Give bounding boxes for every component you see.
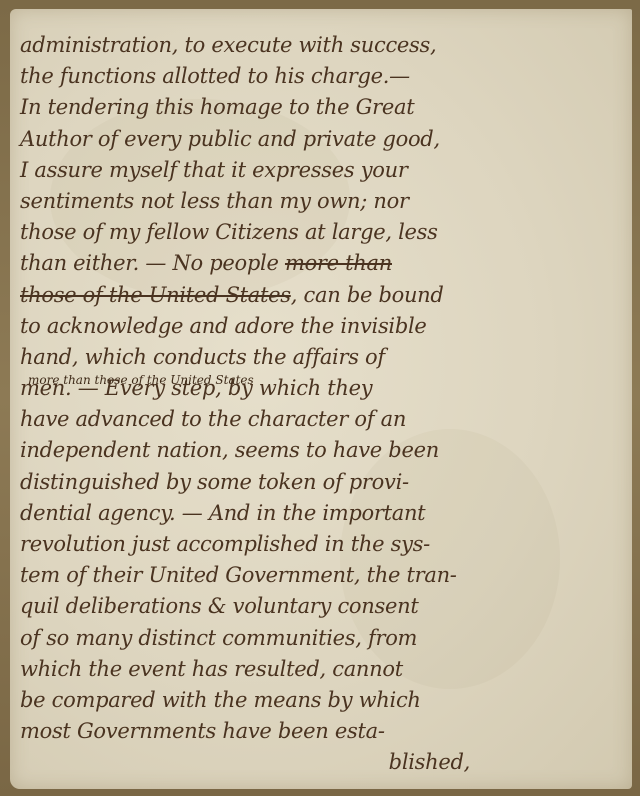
text-line: be compared with the means by which xyxy=(20,685,480,716)
text-line: administration, to execute with success, xyxy=(20,30,480,61)
text-line: dential agency. — And in the important xyxy=(20,498,480,529)
text-line: revolution just accomplished in the sys- xyxy=(20,529,480,560)
struck-text: more than xyxy=(285,251,392,275)
handwritten-text: administration, to execute with success,… xyxy=(20,30,480,779)
text-line: to acknowledge and adore the invisible xyxy=(20,311,480,342)
text-line: I assure myself that it expresses your xyxy=(20,155,480,186)
text-line: independent nation, seems to have been xyxy=(20,435,480,466)
text-line: which the event has resulted, cannot xyxy=(20,654,480,685)
text-line: blished, xyxy=(20,747,480,778)
text-fragment: than either. — No people xyxy=(20,251,279,275)
text-line: distinguished by some token of provi- xyxy=(20,467,480,498)
text-line: In tendering this homage to the Great xyxy=(20,92,480,123)
text-line: than either. — No people more than xyxy=(20,248,480,279)
text-line: hand, which conducts the affairs of xyxy=(20,342,480,373)
text-line: the functions allotted to his charge.— xyxy=(20,61,480,92)
text-line: quil deliberations & voluntary consent xyxy=(20,591,480,622)
text-line: have advanced to the character of an xyxy=(20,404,480,435)
text-fragment: can be bound xyxy=(304,283,444,307)
text-line: those of the United States, can be bound xyxy=(20,280,480,311)
text-line: sentiments not less than my own; nor xyxy=(20,186,480,217)
struck-text: those of the United States xyxy=(20,283,291,307)
text-line: of so many distinct communities, from xyxy=(20,623,480,654)
insertion-text: more than those of the United States xyxy=(28,373,254,387)
text-line: most Governments have been esta- xyxy=(20,716,480,747)
text-line: those of my fellow Citizens at large, le… xyxy=(20,217,480,248)
text-line: tem of their United Government, the tran… xyxy=(20,560,480,591)
interlinear-insertion: more than those of the United States xyxy=(28,373,254,387)
text-line: Author of every public and private good, xyxy=(20,124,480,155)
